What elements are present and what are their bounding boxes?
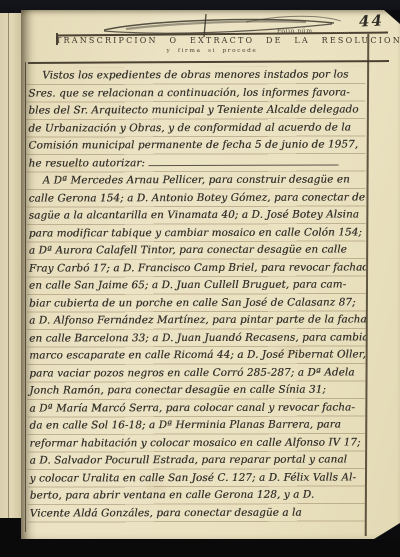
manuscript-line: en calle San Jaime 65; a D. Juan Cullell… — [27, 276, 366, 295]
manuscript-line: he resuelto autorizar: — [26, 154, 365, 173]
handwritten-filler-rule — [149, 164, 339, 166]
form-title: TRANSCRIPCION O EXTRACTO DE LA RESOLUCIO… — [56, 36, 368, 45]
folio-block: Folio núm. 44 — [277, 18, 397, 37]
manuscript-line: y colocar Uralita en calle San José C. 1… — [28, 469, 367, 488]
manuscript-line: a Dª Aurora Calafell Tintor, para conect… — [27, 241, 366, 260]
manuscript-line: berto, para abrir ventana en calle Geron… — [28, 486, 367, 505]
form-subtitle: y firma si procede — [56, 48, 368, 54]
manuscript-line: A Dª Mercedes Arnau Pellicer, para const… — [27, 171, 366, 190]
register-page: TRANSCRIPCION O EXTRACTO DE LA RESOLUCIO… — [21, 10, 400, 539]
folio-number-handwritten: 44 — [359, 11, 385, 30]
manuscript-line: bles del Sr. Arquitecto municipal y Teni… — [26, 101, 365, 120]
manuscript-line: Vicente Aldá Gonzáles, para conectar des… — [28, 504, 367, 523]
manuscript-line-text: he resuelto autorizar: — [29, 157, 145, 169]
manuscript-line: para modificar tabique y cambiar mosaico… — [27, 224, 366, 243]
manuscript-line: Comisión municipal permanente de fecha 5… — [26, 136, 365, 155]
manuscript-line: calle Gerona 154; a D. Antonio Botey Góm… — [27, 189, 366, 208]
manuscript-line: marco escaparate en calle Ricomá 44; a D… — [27, 346, 366, 365]
folio-dotted-line — [315, 25, 349, 33]
previous-page-edge — [0, 13, 21, 518]
scanned-document-photo: TRANSCRIPCION O EXTRACTO DE LA RESOLUCIO… — [0, 0, 400, 557]
manuscript-line: a D. Alfonso Fernández Martínez, para pi… — [27, 311, 366, 330]
manuscript-line: a D. Salvador Pocurull Estrada, para rep… — [28, 451, 367, 470]
manuscript-line: Jonch Ramón, para conectar desagüe en ca… — [27, 381, 366, 400]
manuscript-line: da en calle Sol 16-18; a Dª Herminia Pla… — [27, 416, 366, 435]
manuscript-line: Vistos los expedientes de obras menores … — [26, 66, 365, 85]
manuscript-line: reformar habitación y colocar mosaico en… — [27, 434, 366, 453]
header-bottom-rule — [28, 60, 389, 63]
manuscript-line: para vaciar pozos negros en calle Corró … — [27, 364, 366, 383]
manuscript-line: en calle Barcelona 33; a D. Juan Juandó … — [27, 329, 366, 348]
manuscript-line: a Dª María Marcó Serra, para colocar can… — [27, 399, 366, 418]
manuscript-line: Sres. que se relacionan a continuación, … — [26, 84, 365, 103]
manuscript-line: sagüe a la alcantarilla en Vinamata 40; … — [27, 206, 366, 225]
manuscript-line: Fray Carbó 17; a D. Francisco Camp Briel… — [27, 259, 366, 278]
manuscript-line: biar cubierta de un porche en calle San … — [27, 294, 366, 313]
folio-label: Folio núm. — [277, 28, 315, 35]
manuscript-line: de Urbanización y Obras, y de conformida… — [26, 119, 365, 138]
previous-page-frame-line — [8, 13, 9, 518]
manuscript-body: Vistos los expedientes de obras menores … — [26, 66, 367, 532]
page-corner-shadow-bottom-right — [374, 523, 400, 539]
